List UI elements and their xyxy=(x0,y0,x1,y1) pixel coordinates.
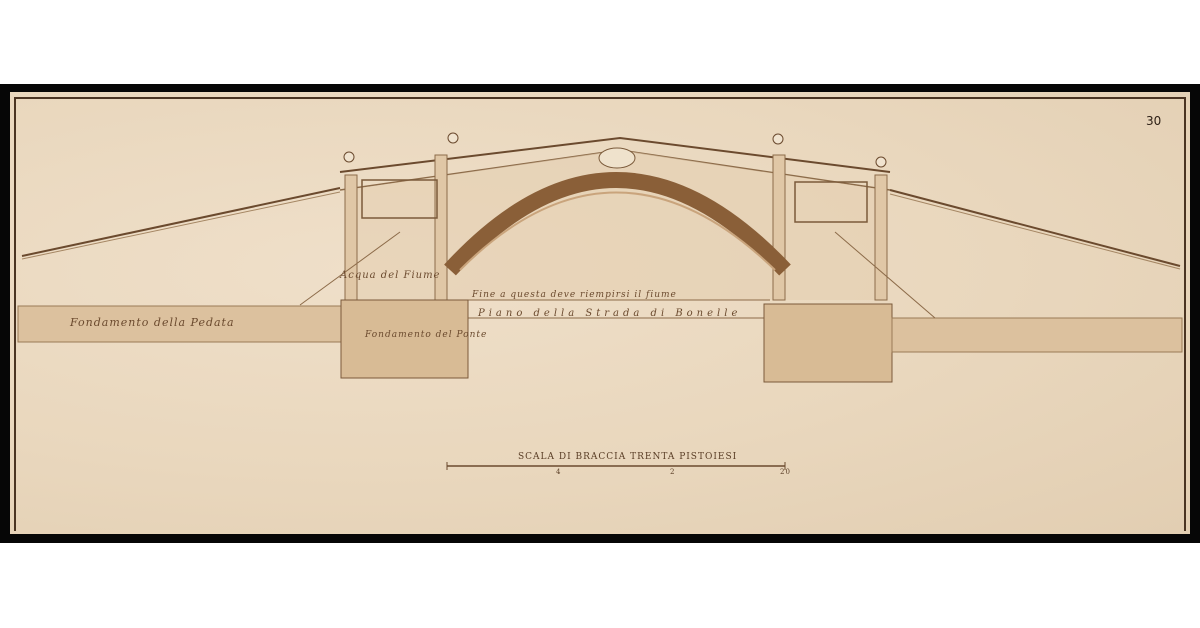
label-foundation-left: Fondamento della Pedata xyxy=(70,316,235,329)
label-road-level: Piano della Strada di Bonelle xyxy=(478,308,741,319)
scale-title: SCALA DI BRACCIA TRENTA PISTOIESI xyxy=(518,452,737,462)
scale-tick: 4 xyxy=(556,468,561,476)
scale-tick: 20 xyxy=(780,468,791,476)
sheet-number: 30 xyxy=(1146,114,1161,128)
scale-tick: 2 xyxy=(670,468,675,476)
label-pier-foundation: Fondamento del Ponte xyxy=(365,330,487,340)
label-fill-line: Fine a questa deve riempirsi il fiume xyxy=(472,290,677,300)
label-water-level: Acqua del Fiume xyxy=(340,270,440,281)
